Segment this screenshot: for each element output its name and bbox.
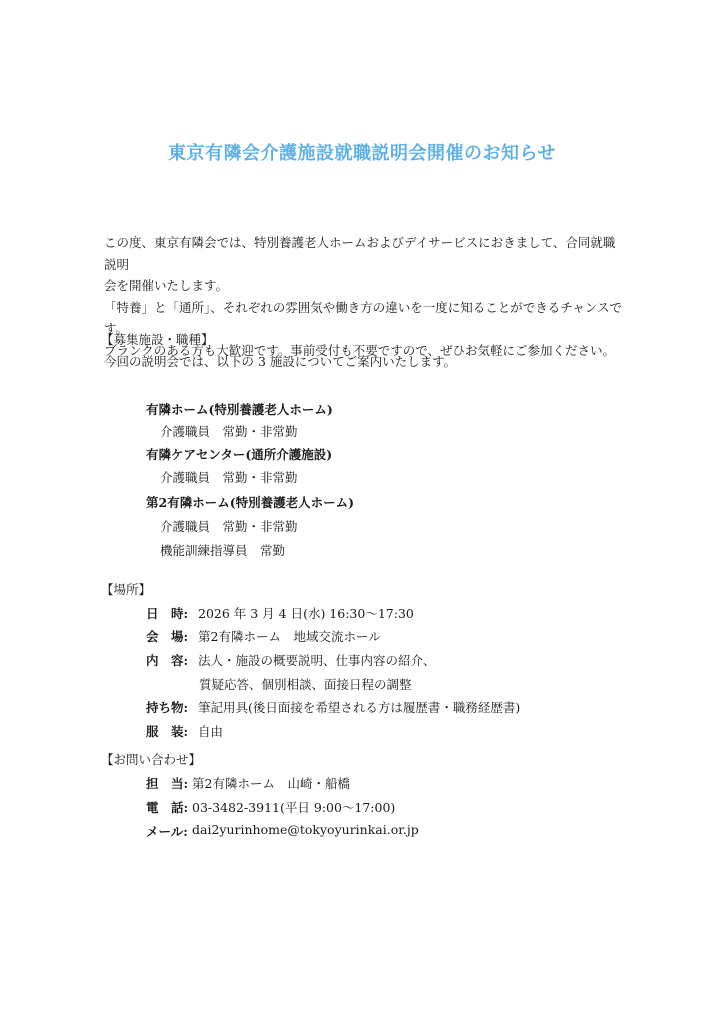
field-value: 2026 年 3 月 4 日(水) 16:30～17:30 (198, 604, 414, 622)
field-value: 第2有隣ホーム 地域交流ホール (198, 627, 381, 645)
facility-role: 介護職員 常勤・非常勤 (160, 468, 298, 486)
venue-row-dress: 服 装: 自由 (146, 722, 223, 740)
field-value: 法人・施設の概要説明、仕事内容の紹介、 (198, 651, 436, 669)
field-label: 持ち物: (146, 698, 198, 716)
field-value: 第2有隣ホーム 山崎・船橋 (192, 774, 350, 792)
field-label: 担 当: (146, 774, 192, 792)
contact-row-phone: 電 話: 03-3482-3911(平日 9:00～17:00) (146, 798, 395, 816)
facility-name: 第2有隣ホーム(特別養護老人ホーム) (146, 493, 354, 511)
contact-row-person: 担 当: 第2有隣ホーム 山崎・船橋 (146, 774, 350, 792)
page-title: 東京有隣会介護施設就職説明会開催のお知らせ (0, 139, 724, 165)
email-link[interactable]: dai2yurinhome@tokyoyurinkai.or.jp (192, 822, 419, 840)
notice-page: 東京有隣会介護施設就職説明会開催のお知らせ この度、東京有隣会では、特別養護老人… (0, 0, 724, 1024)
venue-row-belongings: 持ち物: 筆記用具(後日面接を希望される方は履歴書・職務経歴書) (146, 698, 520, 716)
facility-role: 機能訓練指導員 常勤 (160, 541, 285, 559)
recruitment-lead: 今回の説明会では、以下の 3 施設についてご案内いたします。 (104, 352, 456, 370)
facility-role: 介護職員 常勤・非常勤 (160, 422, 298, 440)
section-heading-recruitment: 【募集施設・職種】 (101, 330, 214, 348)
field-label: 内 容: (146, 651, 198, 669)
contact-row-email: メール: dai2yurinhome@tokyoyurinkai.or.jp (146, 822, 419, 840)
field-label: 電 話: (146, 798, 192, 816)
facility-name: 有隣ケアセンター(通所介護施設) (146, 445, 332, 463)
field-value: 自由 (198, 722, 223, 740)
section-heading-contact: 【お問い合わせ】 (101, 750, 201, 768)
field-label: 服 装: (146, 722, 198, 740)
field-value[interactable]: 03-3482-3911(平日 9:00～17:00) (192, 798, 395, 816)
facility-name: 有隣ホーム(特別養護老人ホーム) (146, 400, 333, 418)
venue-row-datetime: 日 時: 2026 年 3 月 4 日(水) 16:30～17:30 (146, 604, 414, 622)
field-label: メール: (146, 822, 192, 840)
section-heading-venue: 【場所】 (101, 580, 151, 598)
venue-row-location: 会 場: 第2有隣ホーム 地域交流ホール (146, 627, 381, 645)
venue-row-content: 内 容: 法人・施設の概要説明、仕事内容の紹介、 (146, 651, 436, 669)
intro-line: この度、東京有隣会では、特別養護老人ホームおよびデイサービスにおきまして、合同就… (104, 232, 624, 275)
intro-line: 会を開催いたします。 (104, 275, 624, 297)
field-label: 日 時: (146, 604, 198, 622)
facility-role: 介護職員 常勤・非常勤 (160, 517, 298, 535)
field-value-continuation: 質疑応答、個別相談、面接日程の調整 (199, 675, 412, 693)
field-value: 筆記用具(後日面接を希望される方は履歴書・職務経歴書) (198, 698, 520, 716)
field-label: 会 場: (146, 627, 198, 645)
